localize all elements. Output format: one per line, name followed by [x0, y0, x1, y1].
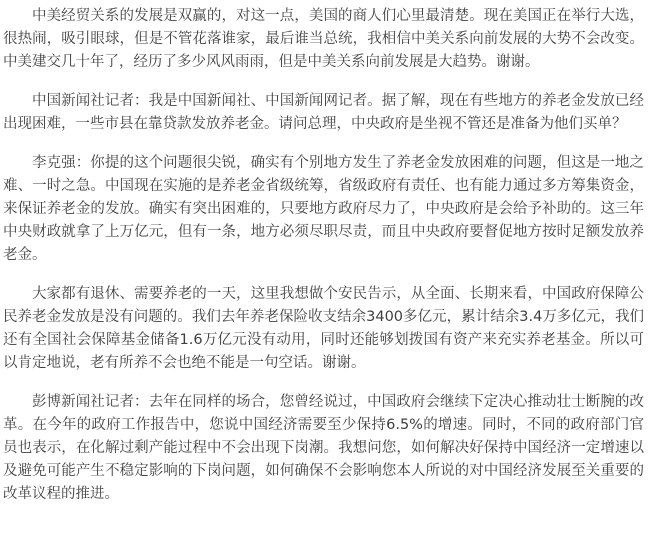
paragraph-bloomberg-question: 彭博新闻社记者：去年在同样的场合，您曾经说过，中国政府会继续下定决心推动壮士断腕… — [3, 391, 644, 506]
transcript-document: 中美经贸关系的发展是双赢的，对这一点，美国的商人们心里最清楚。现在美国正在举行大… — [0, 0, 648, 550]
paragraph-li-keqiang-pension-answer: 李克强：你提的这个问题很尖锐，确实有个别地方发生了养老金发放困难的问题，但这是一… — [3, 152, 644, 267]
paragraph-us-china-trade-answer: 中美经贸关系的发展是双赢的，对这一点，美国的商人们心里最清楚。现在美国正在举行大… — [3, 5, 644, 74]
paragraph-china-news-service-question: 中国新闻社记者：我是中国新闻社、中国新闻网记者。据了解，现在有些地方的养老金发放… — [3, 90, 644, 136]
paragraph-pension-assurance-answer: 大家都有退休、需要养老的一天，这里我想做个安民告示，从全面、长期来看，中国政府保… — [3, 283, 644, 375]
